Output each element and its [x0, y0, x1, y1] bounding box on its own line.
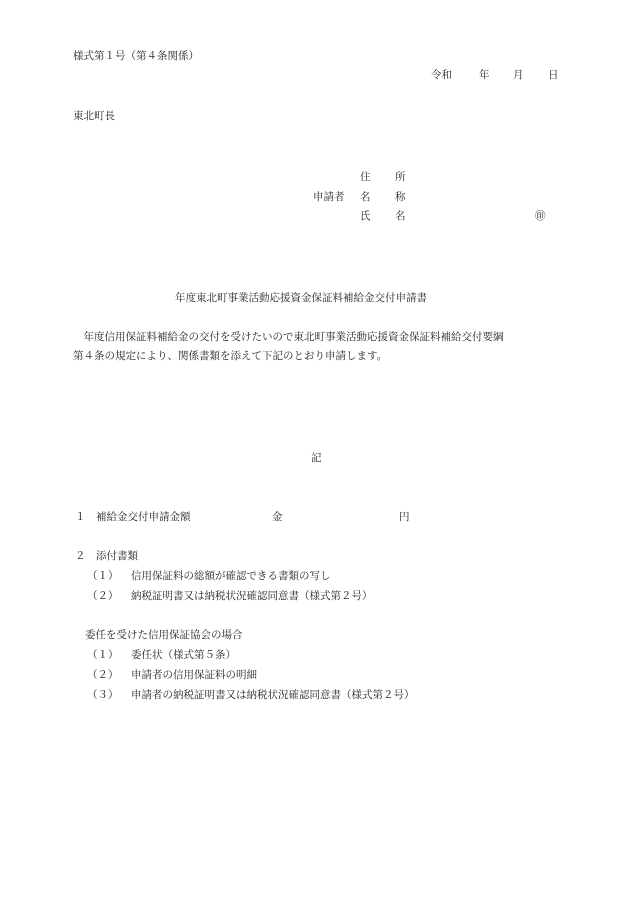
form-number: 様式第１号（第４条関係）	[73, 49, 199, 63]
delegated-doc-2-text: 申請者の信用保証料の明細	[131, 668, 257, 682]
date-era: 令和	[431, 68, 452, 82]
item-2-doc-1-text: 信用保証料の総額が確認できる書類の写し	[131, 569, 331, 583]
item-2-number: ２	[75, 549, 86, 563]
body-line-2: 第４条の規定により、関係書類を添えて下記のとおり申請します。	[73, 349, 387, 363]
document-title: 年度東北町事業活動応援資金保証料補給金交付申請書	[175, 291, 427, 305]
body-line-1: 年度信用保証料補給金の交付を受けたいので東北町事業活動応援資金保証料補給交付要綱	[73, 330, 504, 344]
delegated-doc-1-text: 委任状（様式第５条）	[131, 648, 236, 662]
applicant-label: 申請者	[313, 190, 345, 204]
seal-mark: ㊞	[535, 209, 546, 223]
delegated-doc-2-num: （２）	[87, 668, 119, 682]
person-label-2: 名	[395, 209, 406, 223]
delegated-doc-3-text: 申請者の納税証明書又は納税状況確認同意書（様式第２号）	[131, 688, 415, 702]
item-2-doc-2-text: 納税証明書又は納税状況確認同意書（様式第２号）	[131, 589, 373, 603]
name-label-1: 名	[360, 190, 371, 204]
person-label-1: 氏	[360, 209, 371, 223]
item-2-label: 添付書類	[96, 549, 138, 563]
date-month-label: 月	[513, 68, 524, 82]
item-1-label: 補給金交付申請金額	[96, 510, 191, 524]
delegated-heading: 委任を受けた信用保証協会の場合	[85, 628, 243, 642]
name-label-2: 称	[395, 190, 406, 204]
address-label-1: 住	[360, 170, 371, 184]
date-day-label: 日	[548, 68, 559, 82]
address-label-2: 所	[395, 170, 406, 184]
item-1-kin: 金	[272, 510, 283, 524]
delegated-doc-1-num: （１）	[87, 648, 119, 662]
date-year-label: 年	[479, 68, 490, 82]
addressee: 東北町長	[73, 109, 115, 123]
item-2-doc-2-num: （２）	[87, 589, 119, 603]
delegated-doc-3-num: （３）	[87, 688, 119, 702]
item-1-yen: 円	[399, 510, 410, 524]
item-1-number: １	[75, 510, 86, 524]
ki-heading: 記	[311, 451, 322, 465]
item-2-doc-1-num: （１）	[87, 569, 119, 583]
